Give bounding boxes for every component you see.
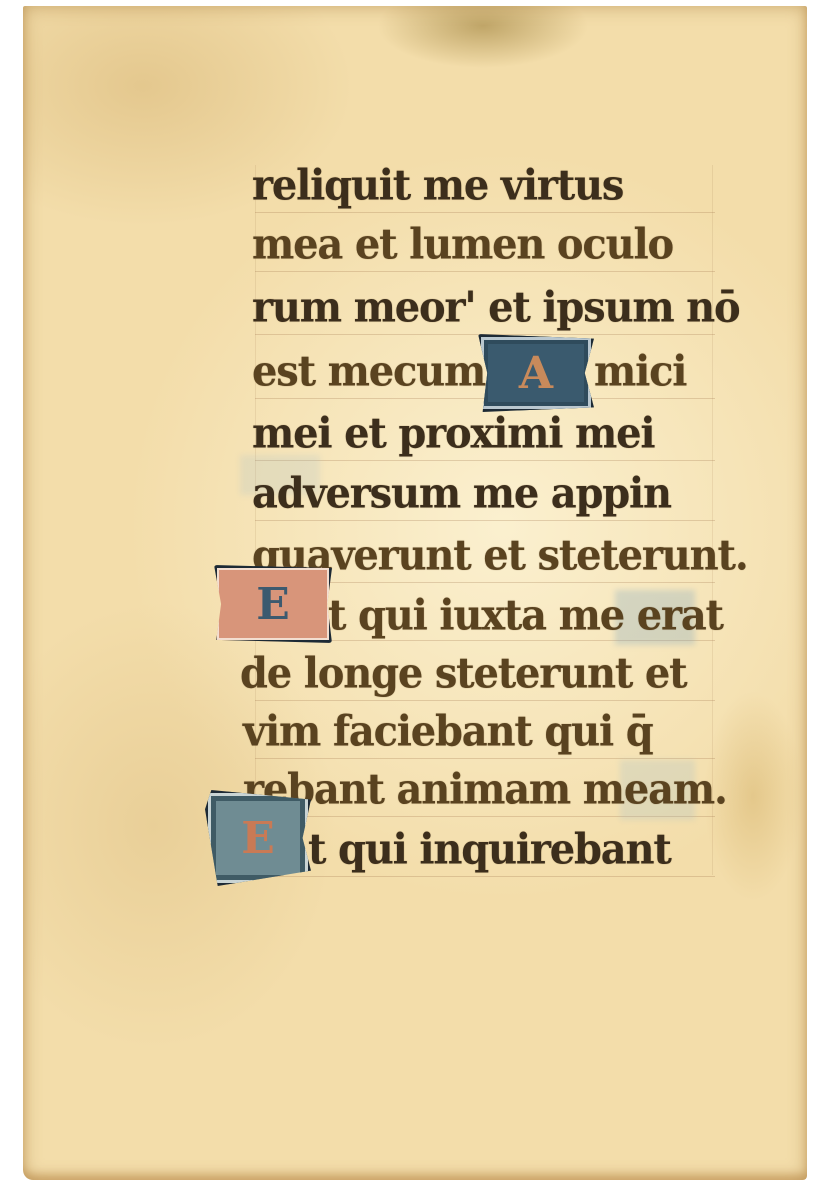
text-line-4b: mici xyxy=(594,345,686,400)
illuminated-initial-a: A xyxy=(478,334,594,412)
text-line-3: rum meor' et ipsum nō xyxy=(252,281,740,336)
text-line-11: rebant animam meam. xyxy=(243,763,727,818)
text-line-4a: est mecum. xyxy=(252,345,498,400)
text-line-10: vim faciebant qui q̄ xyxy=(243,705,653,760)
text-line-6: adversum me appin xyxy=(252,467,671,522)
text-line-5: mei et proximi mei xyxy=(252,407,654,462)
text-line-2: mea et lumen oculo xyxy=(252,218,673,273)
illuminated-initial-e: E xyxy=(214,565,332,643)
text-line-9: de longe steterunt et xyxy=(240,647,686,702)
text-line-8: t qui iuxta me erat xyxy=(328,589,723,644)
text-line-1: reliquit me virtus xyxy=(252,159,623,214)
text-line-12: t qui inquirebant xyxy=(308,823,671,878)
illuminated-initial-e-2: E xyxy=(205,790,311,886)
